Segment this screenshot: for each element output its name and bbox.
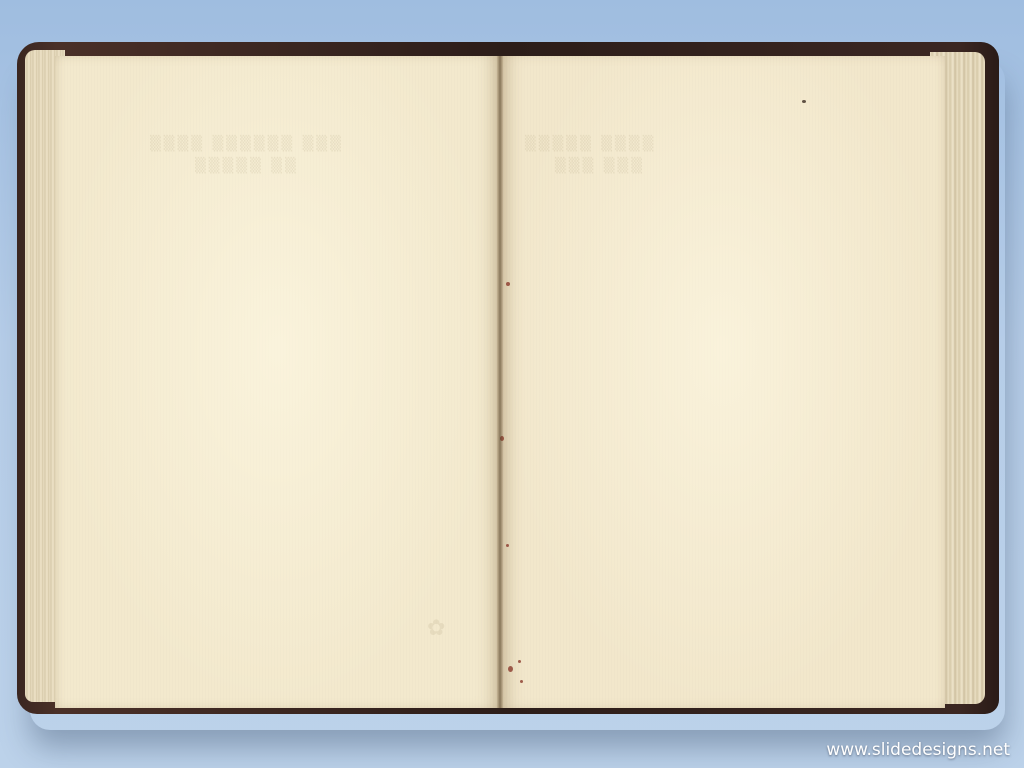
left-page: ▒▒▒▒ ▒▒▒▒▒▒ ▒▒▒ ▒▒▒▒▒ ▒▒ ✿ <box>55 56 500 708</box>
ink-spot <box>508 666 513 672</box>
ink-spot <box>520 680 523 683</box>
right-page: ▒▒▒▒▒ ▒▒▒▒ ▒▒▒ ▒▒▒ <box>500 56 945 708</box>
book-gutter <box>497 56 503 708</box>
ink-spot <box>518 660 521 663</box>
faint-page-mark: ✿ <box>427 616 448 641</box>
faint-show-through-text: ▒▒▒▒ ▒▒▒▒▒▒ ▒▒▒ <box>150 136 344 152</box>
ink-spot <box>506 544 509 547</box>
ink-spot <box>802 100 806 103</box>
ink-spot <box>506 282 510 286</box>
watermark-text: www.slidedesigns.net <box>826 740 1010 760</box>
faint-show-through-text: ▒▒▒▒▒ ▒▒▒▒ <box>525 136 656 152</box>
faint-show-through-text: ▒▒▒▒▒ ▒▒ <box>195 158 299 174</box>
faint-show-through-text: ▒▒▒ ▒▒▒ <box>555 158 645 174</box>
